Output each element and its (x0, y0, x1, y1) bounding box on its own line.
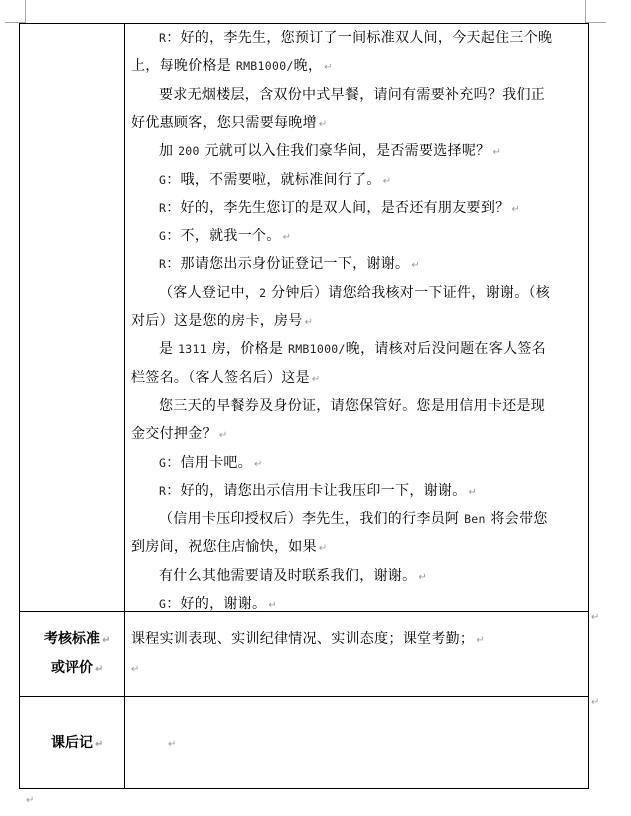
latin-text: RMB1000/ (236, 59, 294, 73)
text-run: 将会带您 (486, 511, 548, 527)
assessment-label-text-2: 或评价 (51, 660, 93, 676)
text-run: ：好的，谢谢。 (166, 596, 266, 612)
dialogue-line: 有什么其他需要请及时联系我们，谢谢。↵ (159, 567, 427, 587)
assessment-empty-line[interactable]: ↵ (131, 659, 140, 679)
paragraph-mark: ↵ (312, 374, 321, 385)
dialogue-line: G：信用卡吧。↵ (159, 454, 263, 474)
dialogue-line: G：哦，不需要啦，就标准间行了。↵ (159, 171, 391, 191)
text-run: 要求无烟楼层，含双份中式早餐，请问有需要补充吗？我们正 (159, 87, 545, 103)
text-run: ：那请您出示身份证登记一下，谢谢。 (166, 256, 409, 272)
text-run: ：好的，李先生您订的是双人间，是否还有朋友要到？ (166, 200, 509, 216)
assessment-label-line1: 考核标准↵ (44, 630, 110, 650)
dialogue-line: G：好的，谢谢。↵ (159, 595, 277, 615)
paragraph-mark: ↵ (319, 543, 328, 554)
crop-mark-right-vertical (585, 0, 586, 22)
crop-mark-left-vertical (25, 0, 26, 22)
latin-text: 1311 (178, 342, 207, 356)
text-run: 到房间，祝您住店愉快，如果 (131, 539, 317, 555)
text-run: 加 (159, 143, 178, 159)
row-end-mark-assessment: ↵ (591, 612, 599, 623)
trailing-paragraph-mark: ↵ (26, 795, 34, 806)
text-run: 晚，请核对后没问题在客人签名 (346, 341, 546, 357)
paragraph-mark: ↵ (511, 204, 520, 215)
dialogue-line: 对后）这是您的房卡，房号↵ (131, 312, 313, 332)
notes-content[interactable]: ↵ (168, 734, 177, 754)
assessment-content[interactable]: 课程实训表现、实训纪律情况、实训态度；课堂考勤；↵ (131, 630, 485, 650)
assessment-label-text-1: 考核标准 (44, 631, 100, 647)
paragraph-mark: ↵ (131, 664, 140, 675)
text-run: 金交付押金？ (131, 426, 217, 442)
row-divider-assessment (19, 611, 589, 612)
paragraph-mark: ↵ (102, 635, 110, 646)
text-run: 有什么其他需要请及时联系我们，谢谢。 (159, 568, 416, 584)
dialogue-line: 您三天的早餐券及身份证，请您保管好。您是用信用卡还是现 (159, 397, 545, 415)
text-run: 您三天的早餐券及身份证，请您保管好。您是用信用卡还是现 (159, 398, 545, 414)
dialogue-line: R：好的，请您出示信用卡让我压印一下，谢谢。↵ (159, 482, 477, 502)
paragraph-mark: ↵ (254, 459, 263, 470)
text-run: ：哦，不需要啦，就标准间行了。 (166, 172, 381, 188)
text-run: 对后）这是您的房卡，房号 (131, 313, 303, 329)
dialogue-line: 好优惠顾客，您只需要每晚增↵ (131, 114, 328, 134)
column-divider (124, 23, 125, 789)
dialogue-line: （信用卡压印授权后）李先生，我们的行李员阿 Ben 将会带您 (159, 510, 548, 528)
text-run: ：好的，请您出示信用卡让我压印一下，谢谢。 (166, 483, 466, 499)
text-run: （客人登记中， (159, 285, 259, 301)
row-end-mark-notes: ↵ (591, 697, 599, 708)
dialogue-line: 加 200 元就可以入住我们豪华间，是否需要选择呢？↵ (159, 142, 501, 162)
latin-text: Ben (464, 512, 486, 526)
paragraph-mark: ↵ (411, 260, 420, 271)
paragraph-mark: ↵ (383, 176, 392, 187)
dialogue-line: 金交付押金？↵ (131, 425, 228, 445)
notes-label: 课后记↵ (51, 734, 103, 754)
assessment-label-line2: 或评价↵ (51, 659, 103, 679)
dialogue-line: R：好的，李先生，您预订了一间标准双人间，今天起住三个晚 (159, 29, 552, 47)
paragraph-mark: ↵ (95, 664, 103, 675)
paragraph-mark: ↵ (492, 147, 501, 158)
paragraph-mark: ↵ (168, 739, 177, 750)
text-run: （信用卡压印授权后）李先生，我们的行李员阿 (159, 511, 464, 527)
text-run: 元就可以入住我们豪华间，是否需要选择呢？ (200, 143, 491, 159)
paragraph-mark: ↵ (305, 317, 314, 328)
row-divider-notes (19, 696, 589, 697)
text-run: 晚， (294, 58, 323, 74)
text-run: 是 (159, 341, 178, 357)
paragraph-mark: ↵ (469, 487, 478, 498)
notes-label-text: 课后记 (51, 735, 93, 751)
text-run: 好优惠顾客，您只需要每晚增 (131, 115, 317, 131)
paragraph-mark: ↵ (268, 600, 277, 611)
paragraph-mark: ↵ (324, 62, 333, 73)
paragraph-mark: ↵ (219, 430, 228, 441)
dialogue-line: R：那请您出示身份证登记一下，谢谢。↵ (159, 255, 420, 275)
dialogue-line: G：不，就我一个。↵ (159, 227, 291, 247)
text-run: 栏签名。（客人签名后）这是 (131, 370, 310, 386)
dialogue-line: （客人登记中，2 分钟后）请您给我核对一下证件，谢谢。（核 (159, 284, 550, 302)
text-run: 上，每晚价格是 (131, 58, 236, 74)
dialogue-line: 是 1311 房，价格是 RMB1000/晚，请核对后没问题在客人签名 (159, 340, 546, 358)
latin-text: RMB1000/ (288, 342, 346, 356)
dialogue-line: 栏签名。（客人签名后）这是↵ (131, 369, 321, 389)
paragraph-mark: ↵ (95, 739, 103, 750)
text-run: ：好的，李先生，您预订了一间标准双人间，今天起住三个晚 (166, 30, 552, 46)
paragraph-mark: ↵ (319, 119, 328, 130)
text-run: ：信用卡吧。 (166, 455, 252, 471)
latin-text: 200 (178, 144, 200, 158)
text-run: 分钟后）请您给我核对一下证件，谢谢。（核 (266, 285, 550, 301)
dialogue-line: 要求无烟楼层，含双份中式早餐，请问有需要补充吗？我们正 (159, 86, 545, 104)
dialogue-line: 到房间，祝您住店愉快，如果↵ (131, 538, 328, 558)
paragraph-mark: ↵ (476, 635, 485, 646)
paragraph-mark: ↵ (418, 572, 427, 583)
paragraph-mark: ↵ (283, 232, 292, 243)
text-run: ：不，就我一个。 (166, 228, 280, 244)
assessment-content-text: 课程实训表现、实训纪律情况、实训态度；课堂考勤； (131, 631, 474, 647)
text-run: 房，价格是 (207, 341, 288, 357)
dialogue-line: 上，每晚价格是 RMB1000/晚，↵ (131, 57, 333, 77)
dialogue-line: R：好的，李先生您订的是双人间，是否还有朋友要到？↵ (159, 199, 520, 219)
